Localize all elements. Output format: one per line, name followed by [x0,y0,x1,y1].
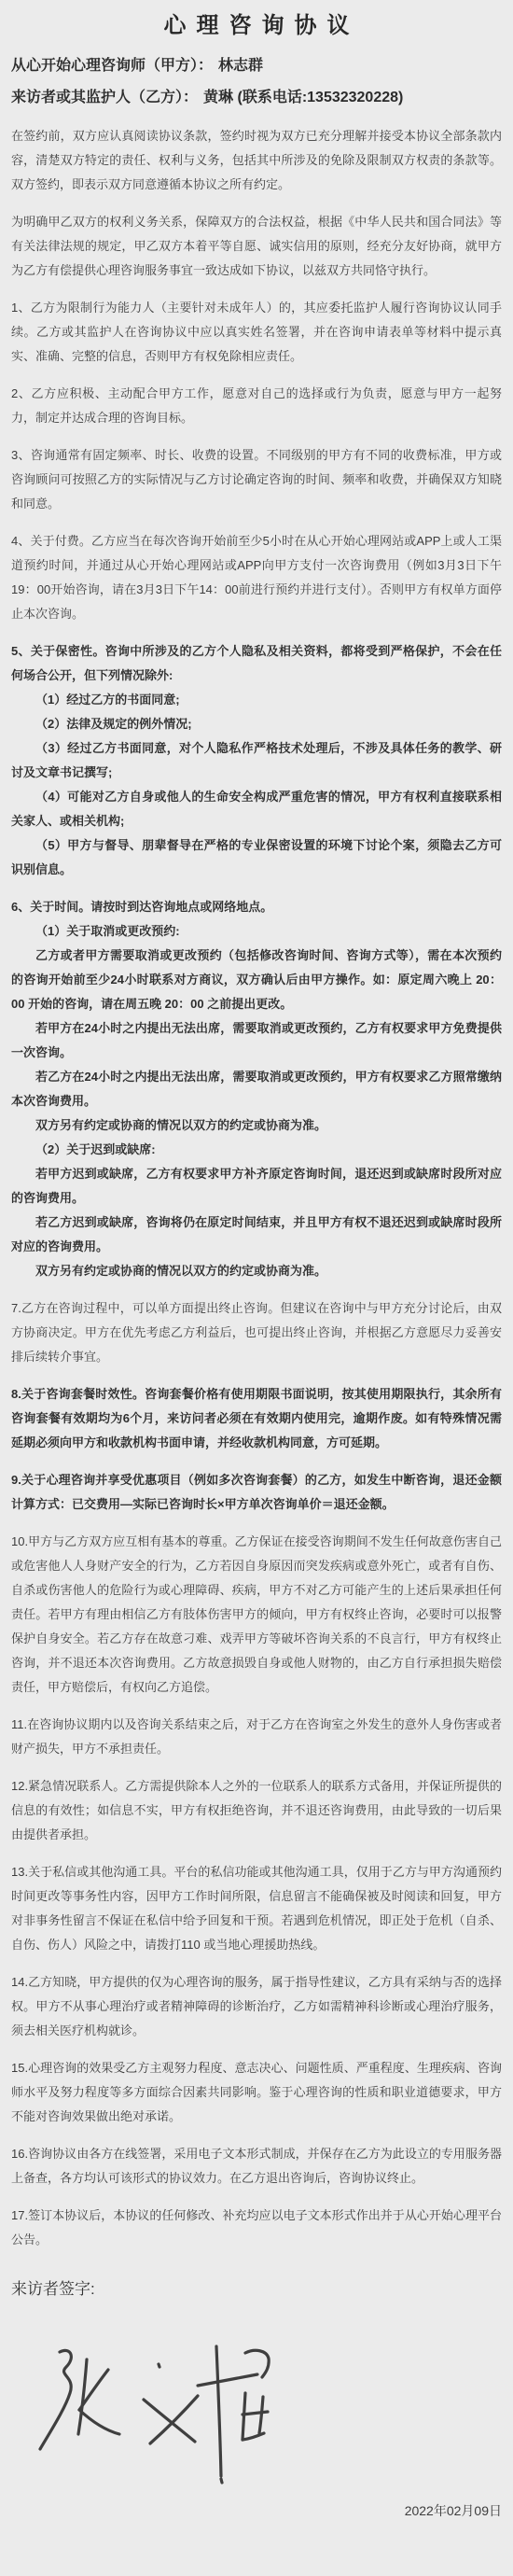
clause-paragraph: 4、关于付费。乙方应当在每次咨询开始前至少5小时在从心开始心理网站或APP上或人… [11,529,502,626]
party-a-line: 从心开始心理咨询师（甲方）：林志群 [11,55,502,77]
agreement-document: 心理咨询协议 从心开始心理咨询师（甲方）：林志群 来访者或其监护人（乙方）：黄琳… [0,0,513,2576]
party-a-name: 林志群 [218,58,263,74]
clause-paragraph: 5、关于保密性。咨询中所涉及的乙方个人隐私及相关资料，都将受到严格保护，不会在任… [11,639,502,688]
clause-paragraph: 2、乙方应积极、主动配合甲方工作，愿意对自己的选择或行为负责，愿意与甲方一起努力… [11,382,502,430]
clause-paragraph: 若甲方在24小时之内提出无法出席，需要取消或更改预约，乙方有权要求甲方免费提供一… [11,1016,502,1065]
clause-paragraph: （4）可能对乙方自身或他人的生命安全构成严重危害的情况，甲方有权利直接联系相关家… [11,785,502,833]
clause-paragraph: 双方另有约定或协商的情况以双方的约定或协商为准。 [11,1113,502,1138]
clause-paragraph: 若乙方迟到或缺席，咨询将仍在原定时间结束，并且甲方有权不退还迟到或缺席时段所对应… [11,1211,502,1259]
clause-paragraph: （5）甲方与督导、朋辈督导在严格的专业保密设置的环境下讨论个案，须隐去乙方可识别… [11,833,502,882]
clause-paragraph: （3）经过乙方书面同意，对个人隐私作严格技术处理后，不涉及具体任务的教学、研讨及… [11,736,502,785]
signature-date: 2022年02月09日 [11,2501,502,2520]
party-b-name: 黄琳 [203,90,233,105]
clause-paragraph: 17.签订本协议后，本协议的任何修改、补充均应以电子文本形式作出并于从心开始心理… [11,2204,502,2252]
page-title: 心理咨询协议 [11,11,502,40]
clause-paragraph: 若乙方在24小时之内提出无法出席，需要取消或更改预约，甲方有权要求乙方照常缴纳本… [11,1065,502,1113]
handwritten-signature [37,2345,502,2485]
party-b-phone: (联系电话:13532320228) [237,90,403,105]
clause-paragraph: 10.甲方与乙方双方应互相有基本的尊重。乙方保证在接受咨询期间不发生任何故意伤害… [11,1530,502,1700]
clause-paragraph: 13.关于私信或其他沟通工具。平台的私信功能或其他沟通工具，仅用于乙方与甲方沟通… [11,1860,502,1957]
visitor-signature-label: 来访者签字: [11,2278,502,2301]
clause-paragraph: 在签约前，双方应认真阅读协议条款，签约时视为双方已充分理解并接受本协议全部条款内… [11,124,502,197]
clause-paragraph: 9.关于心理咨询并享受优惠项目（例如多次咨询套餐）的乙方，如发生中断咨询，退还金… [11,1468,502,1517]
clause-paragraph: （1）关于取消或更改预约: [11,919,502,944]
clause-paragraph: 3、咨询通常有固定频率、时长、收费的设置。不同级别的甲方有不同的收费标准，甲方或… [11,443,502,516]
clause-paragraph: 12.紧急情况联系人。乙方需提供除本人之外的一位联系人的联系方式备用，并保证所提… [11,1774,502,1847]
clause-paragraph: 8.关于咨询套餐时效性。咨询套餐价格有使用期限书面说明，按其使用期限执行，其余所… [11,1382,502,1455]
party-b-line: 来访者或其监护人（乙方）：黄琳 (联系电话:13532320228) [11,87,502,108]
document-body: 在签约前，双方应认真阅读协议条款，签约时视为双方已充分理解并接受本协议全部条款内… [11,124,502,2252]
clause-paragraph: 1、乙方为限制行为能力人（主要针对未成年人）的，其应委托监护人履行咨询协议认同手… [11,296,502,369]
clause-paragraph: 6、关于时间。请按时到达咨询地点或网络地点。 [11,895,502,919]
clause-paragraph: 16.咨询协议由各方在线签署，采用电子文本形式制成，并保存在乙方为此设立的专用服… [11,2142,502,2191]
clause-paragraph: 若甲方迟到或缺席，乙方有权要求甲方补齐原定咨询时间，退还迟到或缺席时段所对应的咨… [11,1162,502,1211]
clause-paragraph: 为明确甲乙双方的权利义务关系，保障双方的合法权益，根据《中华人民共和国合同法》等… [11,210,502,283]
clause-paragraph: 7.乙方在咨询过程中，可以单方面提出终止咨询。但建议在咨询中与甲方充分讨论后，由… [11,1296,502,1369]
party-a-label: 从心开始心理咨询师（甲方）： [11,58,213,74]
clause-paragraph: 15.心理咨询的效果受乙方主观努力程度、意志决心、问题性质、严重程度、生理疾病、… [11,2056,502,2129]
clause-paragraph: 11.在咨询协议期内以及咨询关系结束之后，对于乙方在咨询室之外发生的意外人身伤害… [11,1713,502,1761]
signature-strokes-svg [37,2345,270,2485]
party-b-label: 来访者或其监护人（乙方）： [11,90,198,105]
clause-paragraph: （1）经过乙方的书面同意; [11,688,502,712]
clause-paragraph: 乙方或者甲方需要取消或更改预约（包括修改咨询时间、咨询方式等），需在本次预约的咨… [11,944,502,1016]
clause-paragraph: 双方另有约定或协商的情况以双方的约定或协商为准。 [11,1259,502,1283]
clause-paragraph: （2）法律及规定的例外情况; [11,712,502,736]
clause-paragraph: （2）关于迟到或缺席: [11,1138,502,1162]
clause-paragraph: 14.乙方知晓，甲方提供的仅为心理咨询的服务，属于指导性建议，乙方具有采纳与否的… [11,1970,502,2043]
